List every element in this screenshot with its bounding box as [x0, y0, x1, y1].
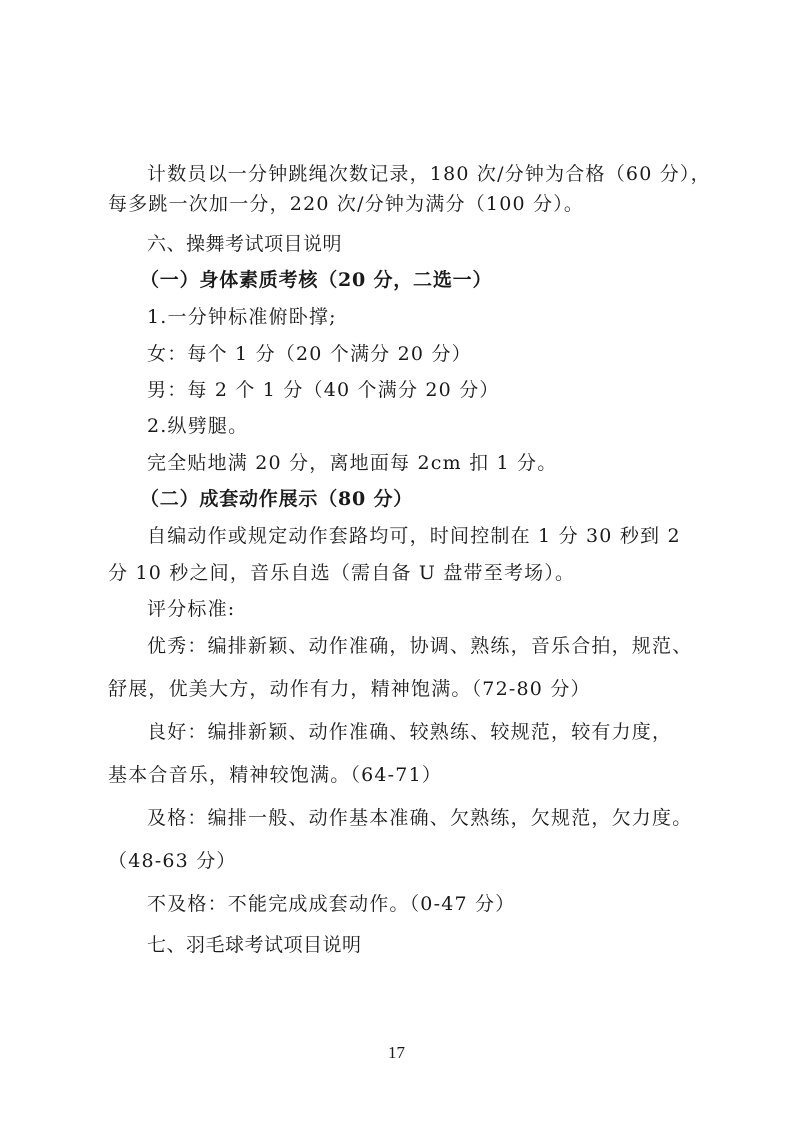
criteria-pass-line2: （48-63 分）	[108, 849, 698, 873]
item-pushup-male-rule: 男：每 2 个 1 分（40 个满分 20 分）	[147, 378, 737, 402]
section-6-heading: 六、操舞考试项目说明	[147, 232, 737, 256]
subsection-routine-heading: （二）成套动作展示（80 分）	[140, 487, 730, 511]
paragraph-rope-scoring-line1: 计数员以一分钟跳绳次数记录，180 次/分钟为合格（60 分），	[147, 162, 737, 186]
paragraph-rope-scoring-line2: 每多跳一次加一分，220 次/分钟为满分（100 分）。	[108, 192, 698, 216]
criteria-good-line1: 良好：编排新颖、动作准确、较熟练、较规范，较有力度，	[147, 720, 737, 744]
paragraph-routine-line1: 自编动作或规定动作套路均可，时间控制在 1 分 30 秒到 2	[147, 524, 737, 548]
section-7-heading: 七、羽毛球考试项目说明	[147, 933, 737, 957]
item-split-title: 2.纵劈腿。	[147, 414, 737, 438]
item-pushup-title: 1.一分钟标准俯卧撑;	[147, 305, 737, 329]
page-number: 17	[0, 1043, 793, 1063]
criteria-label: 评分标准:	[147, 597, 737, 621]
item-split-rule: 完全贴地满 20 分，离地面每 2cm 扣 1 分。	[147, 451, 737, 475]
criteria-excellent-line1: 优秀：编排新颖、动作准确，协调、熟练，音乐合拍，规范、	[147, 634, 737, 658]
criteria-good-line2: 基本合音乐，精神较饱满。（64-71）	[108, 763, 698, 787]
paragraph-routine-line2: 分 10 秒之间，音乐自选（需自备 U 盘带至考场）。	[108, 561, 698, 585]
criteria-fail: 不及格：不能完成成套动作。（0-47 分）	[147, 892, 737, 916]
document-page: 计数员以一分钟跳绳次数记录，180 次/分钟为合格（60 分）， 每多跳一次加一…	[0, 0, 793, 1122]
item-pushup-female-rule: 女：每个 1 分（20 个满分 20 分）	[147, 342, 737, 366]
subsection-physical-fitness-heading: （一）身体素质考核（20 分，二选一）	[140, 268, 730, 292]
criteria-pass-line1: 及格：编排一般、动作基本准确、欠熟练，欠规范，欠力度。	[147, 806, 737, 830]
criteria-excellent-line2: 舒展，优美大方，动作有力，精神饱满。（72-80 分）	[108, 677, 698, 701]
